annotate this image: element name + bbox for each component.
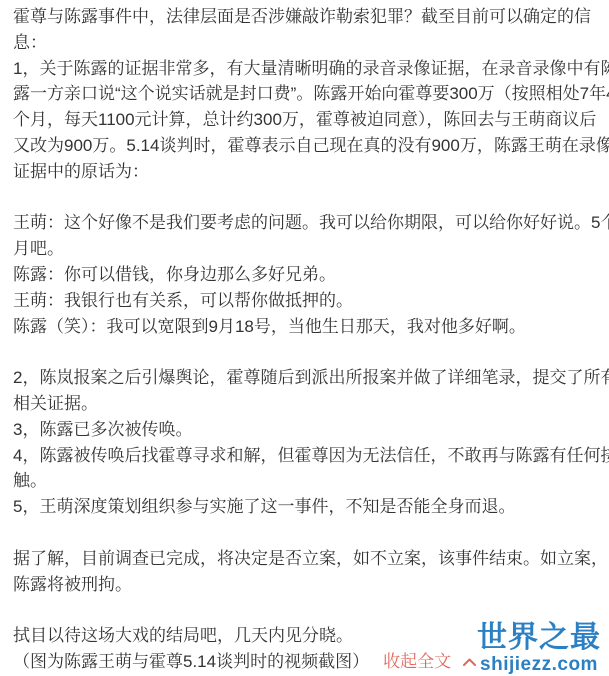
collapse-full-text-link[interactable]: 收起全文 [383, 649, 477, 675]
article-line: 4，陈露被传唤后找霍尊寻求和解，但霍尊因为无法信任，不敢再与陈露有任何接 [13, 443, 596, 469]
article-line: 月吧。 [13, 236, 596, 262]
article-line: 陈露（笑）：我可以宽限到9月18号，当他生日那天，我对他多好啊。 [13, 314, 596, 340]
article-line: 证据中的原话为： [13, 159, 596, 185]
article-line: 2，陈岚报案之后引爆舆论，霍尊随后到派出所报案并做了详细笔录，提交了所有 [13, 365, 596, 391]
site-watermark-logo: 世界之最 shijiezz.com [472, 622, 606, 675]
article-line: 陈露将被刑拘。 [13, 572, 596, 598]
collapse-label: 收起全文 [383, 649, 451, 675]
article-line: 触。 [13, 468, 596, 494]
article-line: 5，王萌深度策划组织参与实施了这一事件，不知是否能全身而退。 [13, 494, 596, 520]
article-line: 个月，每天1100元计算，总计约300万，霍尊被迫同意），陈回去与王萌商议后 [13, 107, 596, 133]
article-line: 3，陈露已多次被传唤。 [13, 417, 596, 443]
watermark-title: 世界之最 [472, 622, 606, 654]
article-line [13, 339, 596, 365]
article-line [13, 185, 596, 211]
article-line: 陈露：你可以借钱，你身边那么多好兄弟。 [13, 262, 596, 288]
article-line: 又改为900万。5.14谈判时，霍尊表示自己现在真的没有900万，陈露王萌在录像 [13, 133, 596, 159]
article-body: 霍尊与陈露事件中，法律层面是否涉嫌敲诈勒索犯罪？截至目前可以确定的信息：1，关于… [0, 0, 609, 649]
article-line: 霍尊与陈露事件中，法律层面是否涉嫌敲诈勒索犯罪？截至目前可以确定的信 [13, 4, 596, 30]
article-line: 1，关于陈露的证据非常多，有大量清晰明确的录音录像证据，在录音录像中有陈 [13, 56, 596, 82]
article-line: 王萌：这个好像不是我们要考虑的问题。我可以给你期限，可以给你好好说。5个 [13, 210, 596, 236]
article-line: 据了解，目前调查已完成，将决定是否立案，如不立案，该事件结束。如立案， [13, 546, 596, 572]
watermark-domain: shijiezz.com [472, 654, 606, 675]
article-line: 王萌：我银行也有关系，可以帮你做抵押的。 [13, 288, 596, 314]
article-line [13, 520, 596, 546]
article-line: 相关证据。 [13, 391, 596, 417]
article-line [13, 597, 596, 623]
article-line: 息： [13, 30, 596, 56]
article-line: 露一方亲口说“这个说实话就是封口费”。陈露开始向霍尊要300万（按照相处7年4 [13, 81, 596, 107]
image-caption: （图为陈露王萌与霍尊5.14谈判时的视频截图） [13, 649, 369, 675]
